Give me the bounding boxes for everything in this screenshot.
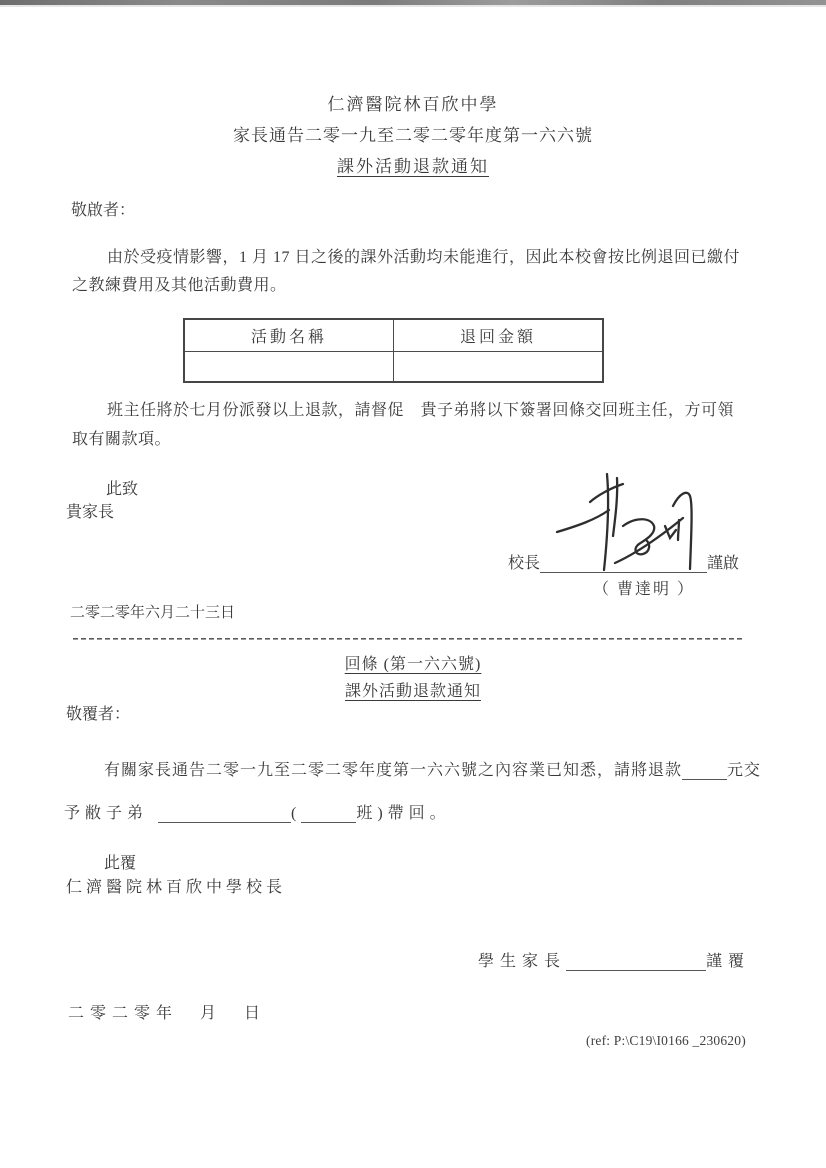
refund-table-cell-amount — [394, 352, 604, 383]
notice-title: 課外活動退款通知 — [0, 152, 826, 177]
notice-paragraph-1-line-2: 之教練費用及其他活動費用。 — [72, 272, 764, 300]
notice-salutation: 敬啟者： — [71, 197, 135, 220]
table-row — [184, 352, 603, 383]
reply-child-label: 予敝子弟 — [64, 800, 148, 823]
scanned-notice-page: 仁濟醫院林百欣中學 家長通告二零一九至二零二零年度第一六六號 課外活動退款通知 … — [0, 0, 826, 1168]
parent-signature-row: 學生家長 謹覆 — [478, 948, 750, 971]
class-blank — [301, 805, 356, 823]
reply-body-line-1: 有關家長通告二零一九至二零二零年度第一六六號之內容業已知悉，請將退款 元交 — [104, 757, 761, 780]
notice-closing: 此致 — [106, 476, 138, 499]
refund-table-cell-activity — [184, 352, 394, 383]
principal-signature-scribble — [543, 462, 723, 574]
notice-addressee: 貴家長 — [66, 499, 114, 522]
school-name: 仁濟醫院林百欣中學 — [0, 90, 826, 115]
refund-table-header-activity: 活動名稱 — [184, 319, 394, 352]
reply-slip-subtitle: 課外活動退款通知 — [0, 678, 826, 701]
parent-signature-line — [566, 953, 706, 971]
document-ref: (ref: P:\C19\I0166 _230620) — [586, 1033, 746, 1049]
scan-artifact-top-shadow — [0, 5, 826, 7]
notice-paragraph-2-line-1: 班主任將於七月份派發以上退款，請督促 貴子弟將以下簽署回條交回班主任，方可領 — [72, 396, 764, 425]
reply-body-after-amount: 元交 — [727, 757, 761, 780]
reply-body-line-2: 予敝子弟 ( 班)帶回。 — [64, 800, 451, 823]
reply-class-close: 班)帶回。 — [356, 800, 450, 823]
principal-name: （ 曹達明 ） — [593, 576, 695, 599]
notice-number: 家長通告二零一九至二零二零年度第一六六號 — [0, 121, 826, 146]
reply-addressee: 仁濟醫院林百欣中學校長 — [66, 874, 286, 897]
refund-amount-blank — [682, 762, 727, 780]
notice-paragraph-1: 由於受疫情影響，1 月 17 日之後的課外活動均未能進行，因此本校會按比例退回已… — [72, 244, 764, 300]
notice-paragraph-2-line-2: 取有關款項。 — [72, 425, 764, 454]
refund-table-header-amount: 退回金額 — [394, 319, 604, 352]
refund-table-header-row: 活動名稱 退回金額 — [184, 319, 603, 352]
notice-paragraph-2: 班主任將於七月份派發以上退款，請督促 貴子弟將以下簽署回條交回班主任，方可領 取… — [72, 396, 764, 454]
notice-paragraph-1-line-1: 由於受疫情影響，1 月 17 日之後的課外活動均未能進行，因此本校會按比例退回已… — [72, 244, 764, 272]
reply-slip-title: 回條 (第一六六號) — [0, 651, 826, 674]
reply-closing: 此覆 — [104, 850, 136, 873]
class-open-paren: ( — [291, 805, 301, 823]
reply-date: 二零二零年 月 日 — [68, 1000, 266, 1023]
parent-label: 學生家長 — [478, 948, 566, 971]
notice-issue-date: 二零二零年六月二十三日 — [70, 601, 235, 622]
principal-label: 校長 — [508, 550, 540, 573]
reply-salutation: 敬覆者： — [66, 701, 130, 724]
parent-suffix: 謹覆 — [706, 948, 750, 971]
cut-dashed-separator — [73, 637, 743, 640]
reply-body-before-amount: 有關家長通告二零一九至二零二零年度第一六六號之內容業已知悉，請將退款 — [104, 757, 682, 780]
refund-table: 活動名稱 退回金額 — [183, 318, 604, 383]
child-name-blank — [158, 805, 291, 823]
